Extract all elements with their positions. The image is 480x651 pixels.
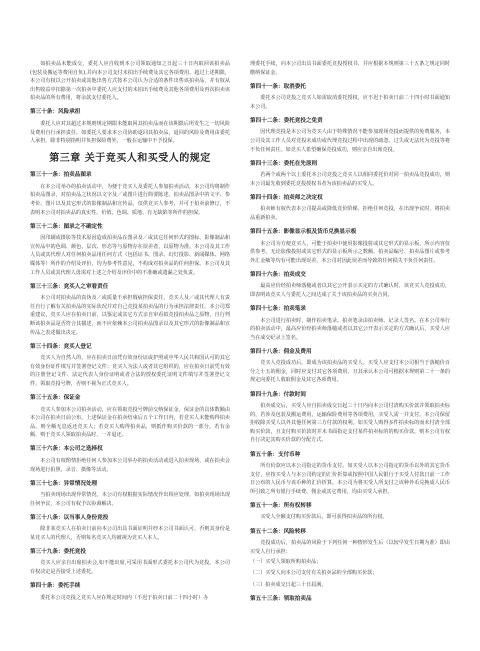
- article-46-body: 最高应价经拍卖师落槌或者以其它公开表示买定的方式确认时，该竞买人竞投成功，即表明…: [250, 282, 450, 299]
- article-51-heading: 第五十一条：所有权转移: [250, 502, 450, 510]
- article-42-heading: 第四十二条：委托竞投之免责: [250, 117, 450, 125]
- article-39-heading: 第三十九条：委托竞投: [30, 548, 230, 556]
- article-47-heading: 第四十七条：拍卖笔录: [250, 305, 450, 313]
- right-column: 理委托手续，向本公司出具书面委托竞投授权书，并应根据本规则第三十五条之规定同时缴…: [250, 60, 450, 606]
- list-item: （二）买受人向本公司支付有关拍卖品的全部购买价款；: [250, 569, 450, 578]
- article-50-body: 所有价款应以本公司指定的货币支付。如买受人以本公司指定的货币以外的其它货币支付，…: [250, 462, 450, 496]
- article-50-heading: 第五十条：支付币种: [250, 451, 450, 459]
- article-45-body: 本公司为方便竞买人，可能于拍卖中使用影像投射或其它形式的显示板，所示内容仅供参考…: [250, 240, 450, 266]
- article-35-heading: 第三十五条：保证金: [30, 394, 230, 402]
- intro-paragraph: 如拍卖品未能成交，委托人应自收到本公司领取通知之日起三十日内取回该拍卖品(包装及…: [30, 60, 230, 103]
- article-38-heading: 第三十八条：以当事人身份竞投: [30, 514, 230, 522]
- article-53-heading: 第五十三条：领取拍卖品: [250, 595, 450, 603]
- list-item: （三）拍卖成交日起三十日届满。: [250, 581, 450, 590]
- article-48-body: 竞买人竞投成功后，即成为该拍卖品的买受人。买受人应支付本公司相当于落槌价百分之十…: [250, 359, 450, 385]
- chapter-title: 第三章 关于竞买人和买受人的规定: [30, 155, 230, 164]
- article-41-body: 委托本公司竞投之竞买人如需取消委托授权，应不迟于拍卖日前二十四小时书面通知本公司…: [250, 94, 450, 111]
- article-49-body: 拍卖成交后，买受人应自拍卖成交日起三十日内向本公司付清购买价款并领取拍卖标的，若…: [250, 402, 450, 445]
- list-item: （一）买受人领取所购拍卖品；: [250, 558, 450, 567]
- article-44-heading: 第四十四条：拍卖师之决定权: [250, 194, 450, 202]
- article-38-body: 除非某竞买人在拍卖日前向本公司出具书面证明并经本公司书面认可，否则其身份是某竞买…: [30, 525, 230, 542]
- article-48-heading: 第四十八条：佣金及费用: [250, 348, 450, 356]
- article-47-body: 本公司进行拍卖时，制作拍卖笔录。拍卖笔录由拍卖师、记录人签名。在本公司举行的拍卖…: [250, 317, 450, 343]
- article-52-body: 竞投成功后，拍卖品的风险于下列任何一种情形发生后（以较早发生日期为准）即由买受人…: [250, 539, 450, 556]
- article-43-heading: 第四十三条：委托在先原则: [250, 160, 450, 168]
- article-30-heading: 第三十条：风险承担: [30, 108, 230, 116]
- article-32-heading: 第三十二条：图录之不确定性: [30, 223, 230, 231]
- article-36-heading: 第三十六条：本公司之选择权: [30, 445, 230, 453]
- article-42-body: 因代理竞投是本公司为竞买人由于特殊情况不能参加现场竞投而提供的免费服务，本公司及…: [250, 128, 450, 154]
- article-36-body: 本公司有权酌情拒绝任何人参加本公司举办的拍卖活动或进入拍卖现场，或在拍卖会现场进…: [30, 457, 230, 474]
- article-52-heading: 第五十二条：风险转移: [250, 528, 450, 536]
- article-43-body: 若两个或两个以上委托本公司竞投之竞买人以相同委托价对同一拍卖品竞投成功，则本公司…: [250, 171, 450, 188]
- article-45-heading: 第四十五条：影像显示板及货币兑换显示板: [250, 228, 450, 236]
- article-51-body: 买受人全额支付购买价款后，即可获得拍卖品的所有权。: [250, 513, 450, 522]
- article-40-heading: 第四十条：委托手续: [30, 582, 230, 590]
- article-34-heading: 第三十四条：竞买人登记: [30, 343, 230, 351]
- article-44-body: 拍卖师有权代表本公司提高或降低竞价阶梯，拒绝任何竞投，在出现争议时，将拍卖品重新…: [250, 205, 450, 222]
- article-49-heading: 第四十九条：付款时间: [250, 391, 450, 399]
- article-40-body: 委托本公司竞投之竞买人应在规定时间内（不迟于拍卖日前二十四小时）办: [30, 594, 230, 603]
- article-39-body: 竞买人应亲自出席拍卖会,如不能出席,可采用书面形式委托本公司代为竞投。本公司有权…: [30, 559, 230, 576]
- left-column: 如拍卖品未能成交，委托人应自收到本公司领取通知之日起三十日内取回该拍卖品(包装及…: [30, 60, 230, 602]
- article-33-body: 本公司对拍卖品的真伪及／或质量不承担瑕疵担保责任。竞买人及／或其代理人有责任自行…: [30, 294, 230, 337]
- article-30-body: 委托人应对其超过本规则规定期限未能取回其拍卖品而在该期限后所发生之一切风险及费用…: [30, 120, 230, 146]
- article-34-body: 竞买人为自然人的，应在拍卖日前凭有效身份证或护照或中华人民共和国认可的其它有效身…: [30, 354, 230, 388]
- article-35-body: 竞买人参加本公司拍卖活动，应在领取竞投号牌前交纳保证金。保证金的具体数额由本公司…: [30, 406, 230, 440]
- article-37-heading: 第三十七条：异常情况处理: [30, 480, 230, 488]
- article-31-heading: 第三十一条：拍卖品图录: [30, 171, 230, 179]
- continued-paragraph: 理委托手续，向本公司出具书面委托竞投授权书，并应根据本规则第三十五条之规定同时缴…: [250, 60, 450, 77]
- article-37-body: 当拍卖现场出现异常情况，本公司有权根据实际情况作出相应处理。如拍卖现场出现任何争…: [30, 491, 230, 508]
- article-33-heading: 第三十三条：竞买人之审看责任: [30, 283, 230, 291]
- article-46-heading: 第四十六条：拍卖成交: [250, 271, 450, 279]
- article-32-body: 因印刷或摄影等技术原因造成拍卖品在图录及／或其它任何形式的图标、影像制品和宣传品…: [30, 234, 230, 277]
- article-31-body: 在本公司举办的拍卖活动中，为便于竞买人及委托人参加拍卖活动，本公司均将制作拍卖品…: [30, 183, 230, 217]
- article-41-heading: 第四十一条：取消委托: [250, 83, 450, 91]
